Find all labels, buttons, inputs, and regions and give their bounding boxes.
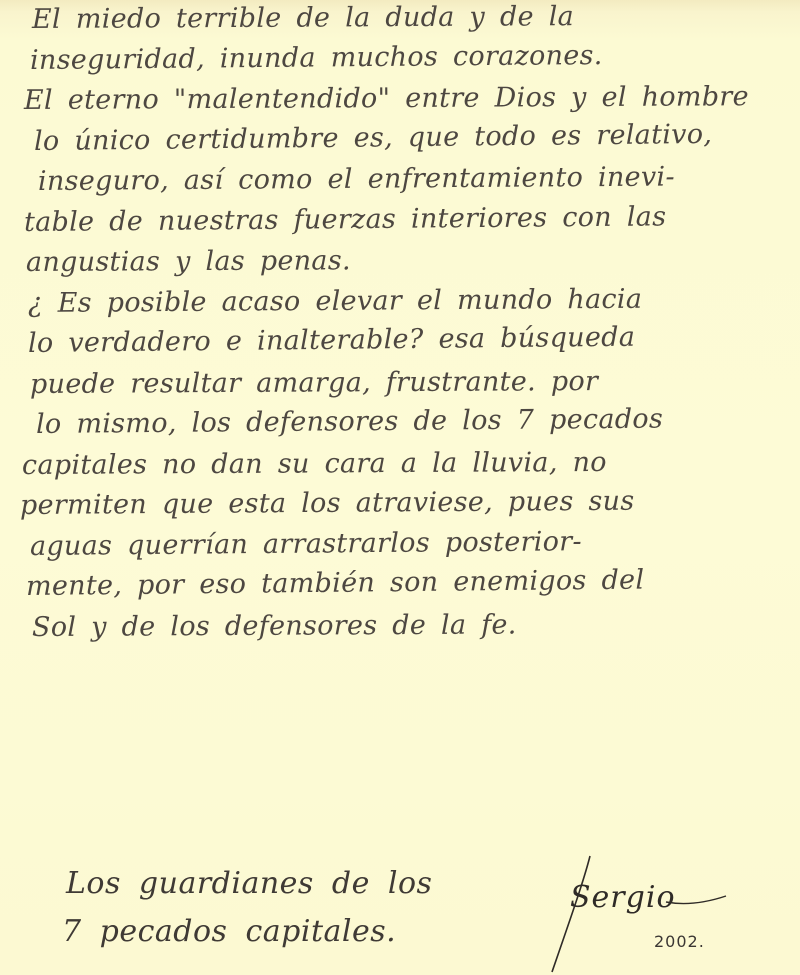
text-line: Sol y de los defensores de la fe. [32,603,800,648]
handwritten-page: El miedo terrible de la duda y de la ins… [0,0,800,975]
signature-name: Sergio [570,880,676,915]
text-line: table de nuestras fuerzas interiores con… [24,196,794,243]
text-line: capitales no dan su cara a la lluvia, no [22,441,792,486]
text-line: permiten que esta los atraviese, pues su… [20,481,790,527]
poem-title: Los guardianes de los 7 pecados capitale… [66,860,432,956]
text-line: lo único certidumbre es, que todo es rel… [34,113,800,162]
text-line: lo verdadero e inalterable? esa búsqueda [28,316,798,365]
text-line: angustias y las penas. [26,239,796,284]
text-line: lo mismo, los defensores de los 7 pecado… [36,398,800,445]
text-line: mente, por eso también son enemigos del [26,559,796,608]
text-line: inseguridad, inunda muchos corazones. [30,34,800,81]
title-line: 7 pecados capitales. [62,908,428,956]
title-line: Los guardianes de los [66,860,432,908]
text-line: puede resultar amarga, frustrante. por [30,360,800,405]
signature: Sergio 2002. [548,850,748,970]
signature-year: 2002. [654,932,705,951]
body-text: El miedo terrible de la duda y de la ins… [20,0,790,648]
text-line: inseguro, así como el enfrentamiento ine… [38,157,800,203]
